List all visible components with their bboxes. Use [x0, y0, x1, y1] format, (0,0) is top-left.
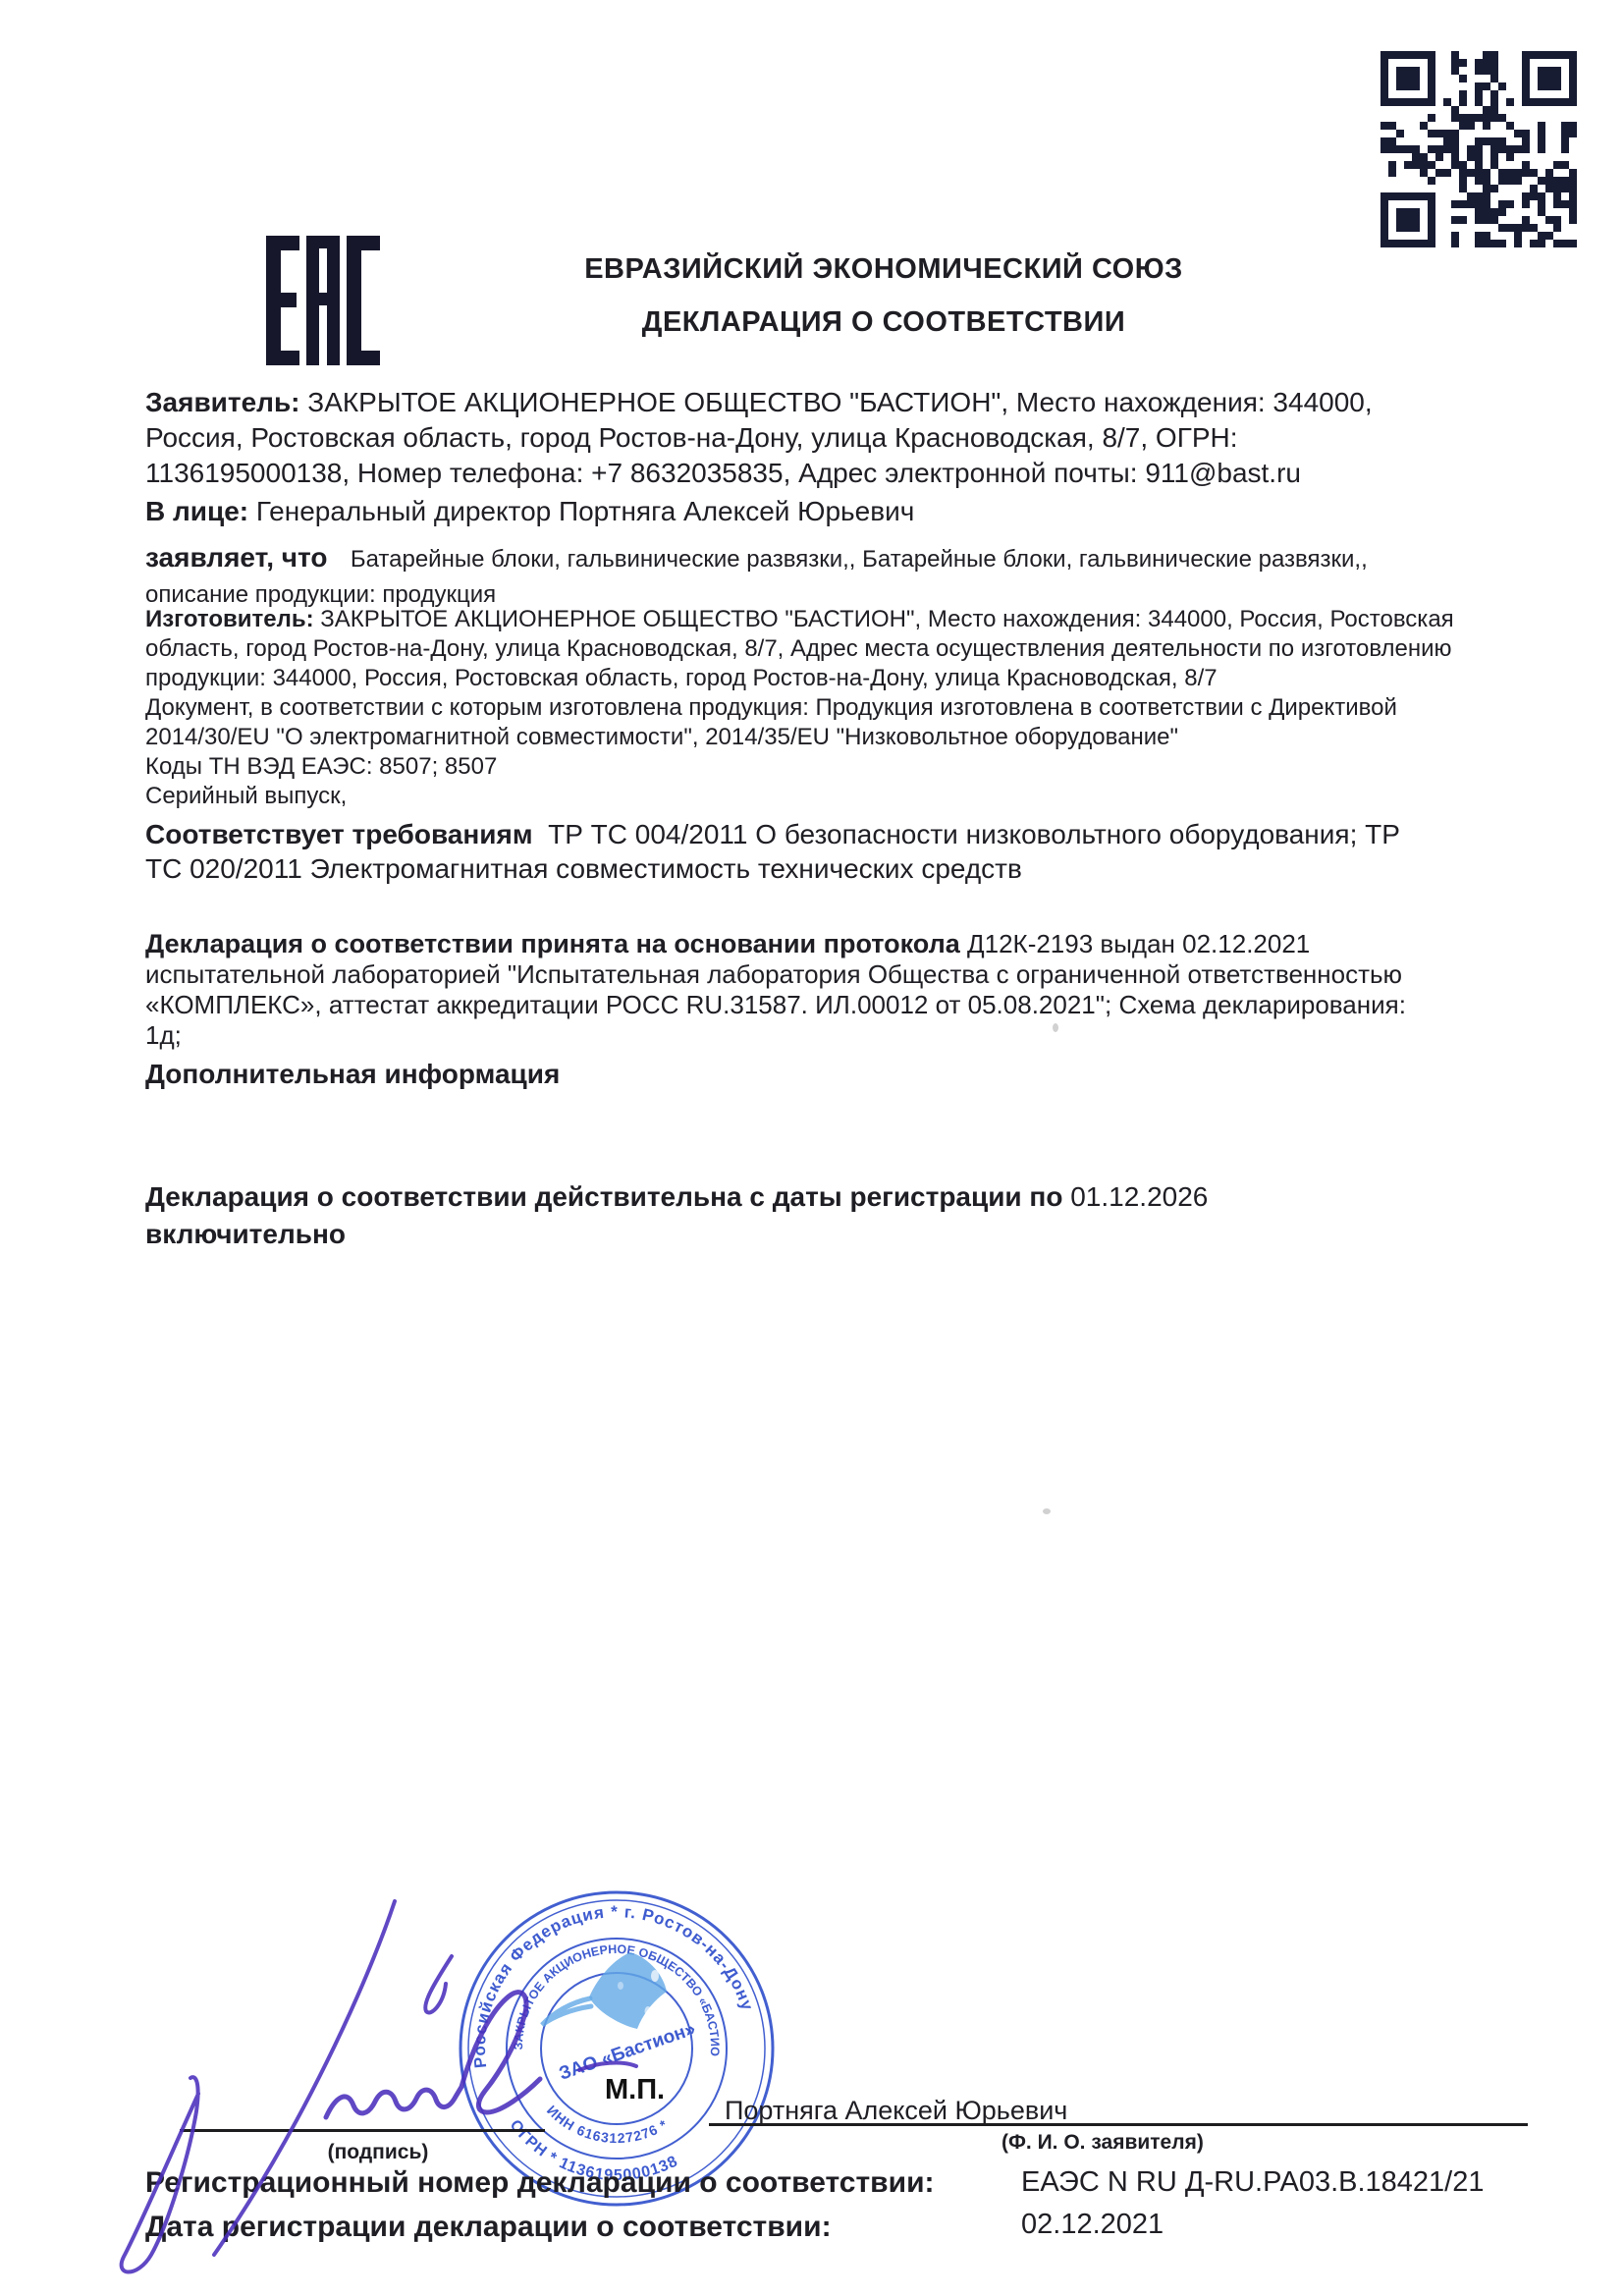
scan-speck — [1043, 1508, 1051, 1514]
representative-text: Генеральный директор Портняга Алексей Юр… — [256, 496, 914, 526]
manufacturer-line: область, город Ростов-на-Дону, улица Кра… — [145, 634, 1540, 664]
document-page: ЕВРАЗИЙСКИЙ ЭКОНОМИЧЕСКИЙ СОЮЗ ДЕКЛАРАЦИ… — [0, 0, 1624, 2296]
validity-suffix: включительно — [145, 1216, 1540, 1253]
representative-paragraph: В лице: Генеральный директор Портняга Ал… — [145, 494, 1540, 529]
compliance-label: Соответствует требованиям — [145, 819, 533, 849]
manufacturer-document-line: Документ, в соответствии с которым изгот… — [145, 693, 1540, 723]
qr-code — [1380, 49, 1577, 249]
basis-line: Д12К-2193 выдан 02.12.2021 — [967, 929, 1310, 958]
doc-title: ДЕКЛАРАЦИЯ О СООТВЕТСТВИИ — [196, 306, 1571, 339]
declares-label: заявляет, что — [145, 542, 328, 573]
basis-line: 1д; — [145, 1020, 1540, 1051]
basis-paragraph: Декларация о соответствии принята на осн… — [145, 929, 1540, 1051]
validity-date: 01.12.2026 — [1070, 1181, 1208, 1212]
compliance-paragraph: Соответствует требованиям ТР ТС 004/2011… — [145, 817, 1540, 886]
basis-line: «КОМПЛЕКС», аттестат аккредитации РОСС R… — [145, 990, 1540, 1020]
name-caption: (Ф. И. О. заявителя) — [1001, 2131, 1204, 2155]
compliance-line: ТС 020/2011 Электромагнитная совместимос… — [145, 851, 1540, 886]
applicant-label: Заявитель: — [145, 387, 300, 417]
manufacturer-line: ЗАКРЫТОЕ АКЦИОНЕРНОЕ ОБЩЕСТВО "БАСТИОН",… — [320, 606, 1453, 632]
validity-label: Декларация о соответствии действительна … — [145, 1181, 1062, 1212]
handwritten-signature — [59, 1817, 766, 2288]
registration-date-value: 02.12.2021 — [1021, 2209, 1164, 2241]
validity-paragraph: Декларация о соответствии действительна … — [145, 1178, 1540, 1253]
name-line — [709, 2123, 1528, 2126]
scan-speck — [1053, 1023, 1058, 1032]
applicant-name: Портняга Алексей Юрьевич — [725, 2096, 1067, 2126]
applicant-paragraph: Заявитель: ЗАКРЫТОЕ АКЦИОНЕРНОЕ ОБЩЕСТВО… — [145, 385, 1540, 491]
basis-line: испытательной лабораторией "Испытательна… — [145, 959, 1540, 990]
manufacturer-paragraph: Изготовитель: ЗАКРЫТОЕ АКЦИОНЕРНОЕ ОБЩЕС… — [145, 605, 1540, 811]
representative-label: В лице: — [145, 496, 248, 526]
compliance-line: ТР ТС 004/2011 О безопасности низковольт… — [548, 819, 1400, 849]
serial-issue: Серийный выпуск, — [145, 782, 1540, 811]
manufacturer-label: Изготовитель: — [145, 606, 314, 632]
declares-paragraph: заявляет, что Батарейные блоки, гальвини… — [145, 541, 1540, 610]
applicant-line: 1136195000138, Номер телефона: +7 863203… — [145, 456, 1540, 491]
additional-info-label: Дополнительная информация — [145, 1057, 1540, 1092]
union-title: ЕВРАЗИЙСКИЙ ЭКОНОМИЧЕСКИЙ СОЮЗ — [196, 253, 1571, 286]
tnved-codes: Коды ТН ВЭД ЕАЭС: 8507; 8507 — [145, 752, 1540, 782]
declares-products: Батарейные блоки, гальвинические развязк… — [351, 546, 1368, 573]
registration-number-value: ЕАЭС N RU Д-RU.РА03.В.18421/21 — [1021, 2166, 1485, 2199]
basis-label: Декларация о соответствии принята на осн… — [145, 929, 960, 958]
applicant-line: ЗАКРЫТОЕ АКЦИОНЕРНОЕ ОБЩЕСТВО "БАСТИОН",… — [307, 387, 1372, 417]
applicant-line: Россия, Ростовская область, город Ростов… — [145, 420, 1540, 456]
manufacturer-line: продукции: 344000, Россия, Ростовская об… — [145, 664, 1540, 693]
manufacturer-document-line: 2014/30/EU "О электромагнитной совместим… — [145, 723, 1540, 752]
